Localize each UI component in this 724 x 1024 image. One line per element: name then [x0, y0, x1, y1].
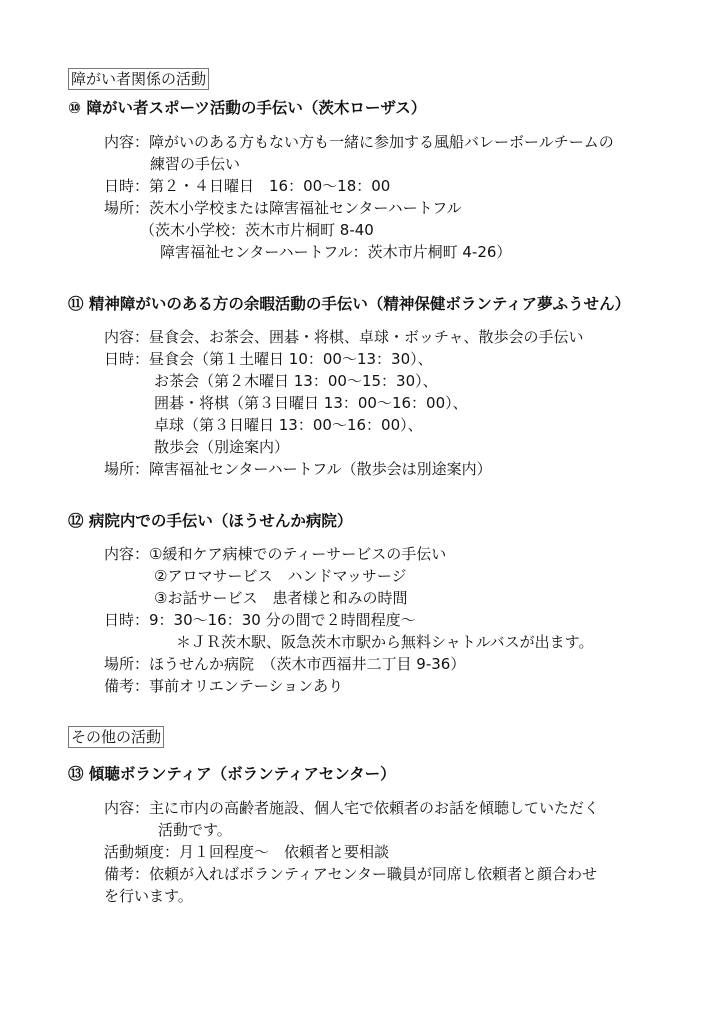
- item-11-place: 場所：障害福祉センターハートフル（散歩会は別途案内）: [104, 459, 492, 479]
- item-10-content-cont: 練習の手伝い: [150, 154, 240, 174]
- item-11-title: ⑪ 精神障がいのある方の余暇活動の手伝い（精神保健ボランティア夢ふうせん）: [68, 294, 630, 314]
- item-13-notes: 備考：依頼が入ればボランティアセンター職員が同席し依頼者と顔合わせ: [104, 864, 597, 884]
- item-11-datetime-4: 卓球（第３日曜日 13：00～16：00）、: [154, 415, 423, 435]
- item-11-content: 内容：昼食会、お茶会、囲碁・将棋、卓球・ボッチャ、散歩会の手伝い: [104, 327, 584, 347]
- item-12-notes: 備考：事前オリエンテーションあり: [104, 676, 343, 696]
- item-11-datetime-2: お茶会（第２木曜日 13：00～15：30）、: [154, 371, 438, 391]
- item-10-address-2: 障害福祉センターハートフル：茨木市片桐町 4-26）: [160, 242, 511, 262]
- item-13-content: 内容：主に市内の高齢者施設、個人宅で依頼者のお話を傾聴していただく: [104, 798, 599, 818]
- item-11-datetime-3: 囲碁・将棋（第３日曜日 13：00～16：00）、: [154, 393, 468, 413]
- item-12-place: 場所：ほうせんか病院 （茨木市西福井二丁目 9-36）: [104, 654, 465, 674]
- item-10-content: 内容：障がいのある方もない方も一緒に参加する風船バレーボールチームの: [104, 132, 614, 152]
- item-10-title: ⑩ 障がい者スポーツ活動の手伝い（茨木ローザス）: [68, 98, 426, 118]
- item-12-content: 内容：①緩和ケア病棟でのティーサービスの手伝い: [104, 544, 446, 564]
- item-12-title: ⑫ 病院内での手伝い（ほうせんか病院）: [68, 511, 352, 531]
- item-13-content-cont: 活動です。: [158, 820, 232, 840]
- item-13-frequency: 活動頻度：月１回程度～ 依頼者と要相談: [104, 842, 389, 862]
- item-12-content-3: ③お話サービス 患者様と和みの時間: [154, 588, 407, 608]
- item-11-datetime-5: 散歩会（別途案内）: [154, 437, 289, 457]
- section-header-other: その他の活動: [68, 726, 164, 748]
- item-13-notes-cont: を行います。: [104, 886, 193, 906]
- item-12-shuttle-note: ＊ＪＲ茨木駅、阪急茨木市駅から無料シャトルバスが出ます。: [176, 632, 593, 652]
- item-10-datetime: 日時：第２・４日曜日 16：00～18：00: [104, 176, 390, 196]
- item-10-address-1: （茨木小学校：茨木市片桐町 8-40: [140, 220, 374, 240]
- item-12-content-2: ②アロマサービス ハンドマッサージ: [154, 566, 407, 586]
- item-10-place: 場所：茨木小学校または障害福祉センターハートフル: [104, 198, 462, 218]
- item-11-datetime: 日時：昼食会（第１土曜日 10：00～13：30）、: [104, 349, 433, 369]
- section-header-disability: 障がい者関係の活動: [68, 68, 209, 90]
- item-13-title: ⑬ 傾聴ボランティア（ボランティアセンター）: [68, 764, 396, 784]
- item-12-datetime: 日時：9：30～16：30 分の間で２時間程度～: [104, 610, 416, 630]
